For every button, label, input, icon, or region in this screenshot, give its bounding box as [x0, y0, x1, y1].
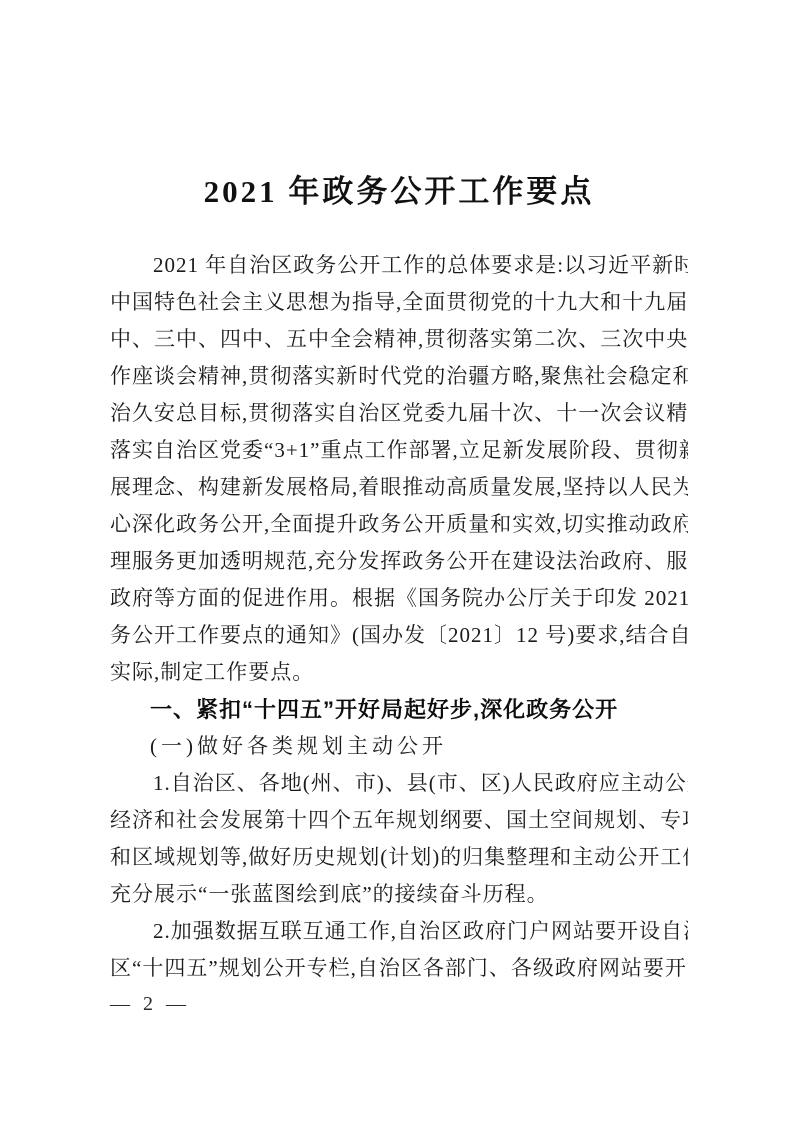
- intro-paragraph: 2021 年自治区政务公开工作的总体要求是:以习近平新时代 中国特色社会主义思想…: [110, 247, 688, 691]
- item-2-paragraph: 2.加强数据互联互通工作,自治区政府门户网站要开设自治 区“十四五”规划公开专栏…: [110, 913, 688, 987]
- text-line: 2021 年自治区政务公开工作的总体要求是:以习近平新时代: [110, 247, 688, 284]
- page-number: — 2 —: [110, 992, 190, 1016]
- subsection-heading: (一)做好各类规划主动公开: [110, 728, 688, 765]
- text-line: 和区域规划等,做好历史规划(计划)的归集整理和主动公开工作,: [110, 839, 688, 876]
- section-heading: 一、紧扣“十四五”开好局起好步,深化政务公开: [110, 691, 688, 728]
- text-line: 作座谈会精神,贯彻落实新时代党的治疆方略,聚焦社会稳定和长: [110, 358, 688, 395]
- text-line: 区“十四五”规划公开专栏,自治区各部门、各级政府网站要开设专: [110, 950, 688, 987]
- document-body: 2021 年自治区政务公开工作的总体要求是:以习近平新时代 中国特色社会主义思想…: [110, 247, 688, 987]
- text-line: 中、三中、四中、五中全会精神,贯彻落实第二次、三次中央新疆工: [110, 321, 688, 358]
- text-line: 治久安总目标,贯彻落实自治区党委九届十次、十一次会议精神,: [110, 395, 688, 432]
- text-line: 2.加强数据互联互通工作,自治区政府门户网站要开设自治: [110, 913, 688, 950]
- text-line: 经济和社会发展第十四个五年规划纲要、国土空间规划、专项规划: [110, 802, 688, 839]
- page-title: 2021 年政务公开工作要点: [110, 170, 688, 214]
- text-line: 充分展示“一张蓝图绘到底”的接续奋斗历程。: [110, 876, 688, 913]
- text-line: 务公开工作要点的通知》(国办发〔2021〕12 号)要求,结合自治区: [110, 617, 688, 654]
- text-line: 1.自治区、各地(州、市)、县(市、区)人民政府应主动公开国民: [110, 765, 688, 802]
- text-line: 心深化政务公开,全面提升政务公开质量和实效,切实推动政府管: [110, 506, 688, 543]
- item-1-paragraph: 1.自治区、各地(州、市)、县(市、区)人民政府应主动公开国民 经济和社会发展第…: [110, 765, 688, 913]
- text-line: 落实自治区党委“3+1”重点工作部署,立足新发展阶段、贯彻新发: [110, 432, 688, 469]
- text-line: 政府等方面的促进作用。根据《国务院办公厅关于印发 2021 年政: [110, 580, 688, 617]
- text-line: 实际,制定工作要点。: [110, 654, 688, 691]
- document-page: 2021 年政务公开工作要点 2021 年自治区政务公开工作的总体要求是:以习近…: [0, 0, 793, 1122]
- text-line: 展理念、构建新发展格局,着眼推动高质量发展,坚持以人民为中: [110, 469, 688, 506]
- text-line: 理服务更加透明规范,充分发挥政务公开在建设法治政府、服务型: [110, 543, 688, 580]
- text-line: 中国特色社会主义思想为指导,全面贯彻党的十九大和十九届二: [110, 284, 688, 321]
